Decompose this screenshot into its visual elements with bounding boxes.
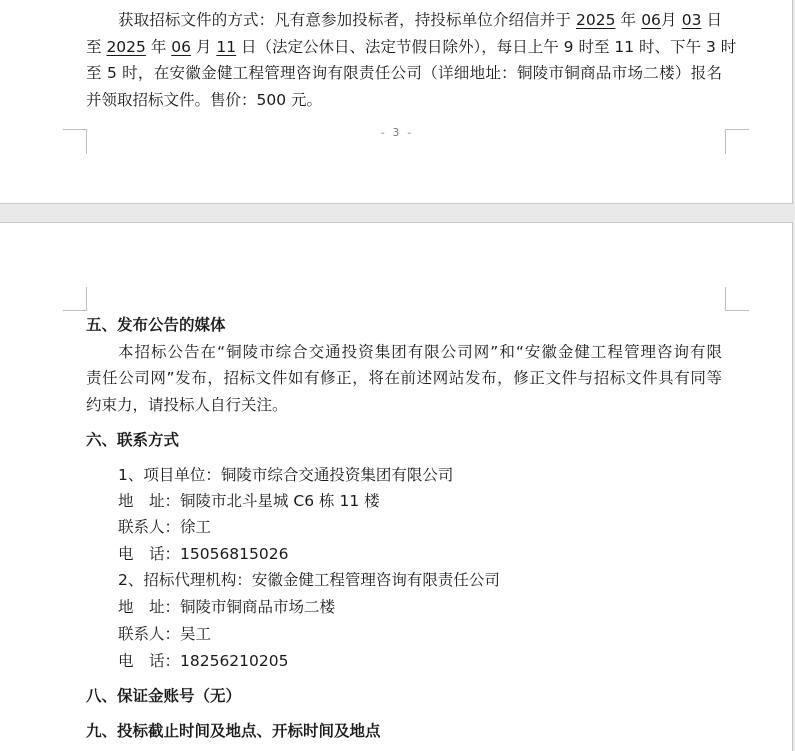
- paragraph-line: 约束力，请投标人自行关注。: [86, 392, 722, 419]
- contact-line: 1、项目单位：铜陵市综合交通投资集团有限公司: [118, 462, 722, 489]
- section-heading: 九、投标截止时间及地点、开标时间及地点: [86, 718, 722, 745]
- paragraph-line: 至 5 时，在安徽金健工程管理咨询有限责任公司（详细地址：铜陵市铜商品市场二楼）…: [86, 60, 722, 87]
- paragraph-line: 获取招标文件的方式：凡有意参加投标者，持投标单位介绍信并于 2025 年 06月…: [118, 7, 722, 34]
- paragraph-line: 并领取招标文件。售价：500 元。: [86, 87, 722, 114]
- page-number: - 3 -: [0, 126, 792, 139]
- margin-corner-mark: [63, 287, 87, 311]
- paragraph-line: 至 2025 年 06 月 11 日（法定公休日、法定节假日除外），每日上午 9…: [86, 34, 722, 61]
- contact-line: 电 话：18256210205: [118, 648, 722, 675]
- contact-line: 地 址：铜陵市铜商品市场二楼: [118, 594, 722, 621]
- section-heading: 八、保证金账号（无）: [86, 683, 722, 710]
- margin-corner-mark: [725, 287, 749, 311]
- document-page-3: 获取招标文件的方式：凡有意参加投标者，持投标单位介绍信并于 2025 年 06月…: [0, 0, 793, 204]
- contact-line: 电 话：15056815026: [118, 541, 722, 568]
- contact-line: 联系人：徐工: [118, 514, 722, 541]
- contact-line: 地 址：铜陵市北斗星城 C6 栋 11 楼: [118, 488, 722, 515]
- contact-line: 2、招标代理机构：安徽金健工程管理咨询有限责任公司: [118, 567, 722, 594]
- document-page-4: 五、发布公告的媒体 本招标公告在“铜陵市综合交通投资集团有限公司网”和“安徽金健…: [0, 222, 793, 751]
- contact-line: 联系人：吴工: [118, 621, 722, 648]
- section-heading: 六、联系方式: [86, 427, 722, 454]
- section-heading: 五、发布公告的媒体: [86, 312, 722, 339]
- paragraph-line: 本招标公告在“铜陵市综合交通投资集团有限公司网”和“安徽金健工程管理咨询有限: [118, 339, 722, 366]
- paragraph-line: 责任公司网”发布，招标文件如有修正，将在前述网站发布，修正文件与招标文件具有同等: [86, 365, 722, 392]
